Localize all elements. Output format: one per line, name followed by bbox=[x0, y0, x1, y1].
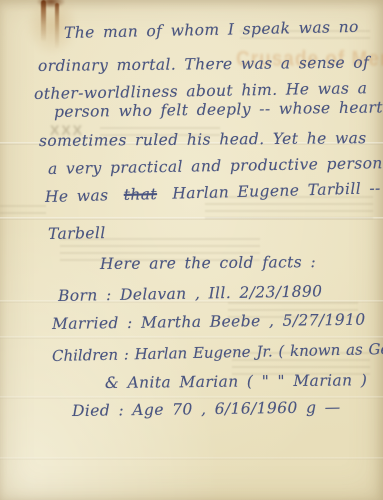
handwritten-line-died: Died : Age 70 , 6/16/1960 g — bbox=[72, 398, 341, 420]
handwritten-line-born: Born : Delavan , Ill. 2/23/1890 bbox=[58, 282, 323, 305]
handwritten-line-1: The man of whom I speak was no bbox=[64, 18, 359, 42]
rust-drip bbox=[41, 0, 46, 42]
handwritten-line-children: Children : Harlan Eugene Jr. ( known as … bbox=[52, 339, 383, 365]
line-name-pre: He was bbox=[45, 186, 109, 206]
crossed-out-word: that bbox=[124, 185, 158, 204]
handwritten-line-married: Married : Martha Beebe , 5/27/1910 bbox=[52, 311, 366, 333]
paper-crease bbox=[0, 457, 383, 460]
rust-drip bbox=[55, 3, 59, 49]
handwritten-line-facts-intro: Here are the cold facts : bbox=[100, 253, 316, 273]
handwritten-line-4: person who felt deeply -- whose heart bbox=[54, 98, 383, 121]
handwritten-line-6: a very practical and productive person bbox=[48, 154, 383, 178]
paper-crease bbox=[0, 217, 383, 220]
handwritten-line-surname: Tarbell bbox=[48, 224, 106, 243]
rust-stain bbox=[37, 0, 65, 8]
paper-crease bbox=[0, 336, 383, 339]
handwritten-line-children-2: & Anita Marian ( " " Marian ) bbox=[105, 371, 367, 392]
line-name-post: Harlan Eugene Tarbill -- Par bbox=[172, 178, 383, 202]
letter-page: Crusade of Mercy XXX The man of whom I s… bbox=[0, 0, 383, 500]
handwritten-line-5: sometimes ruled his head. Yet he was bbox=[39, 129, 367, 150]
typed-showthrough bbox=[0, 205, 46, 219]
handwritten-line-name: He was that Harlan Eugene Tarbill -- Par bbox=[45, 178, 383, 206]
handwritten-line-2: ordinary mortal. There was a sense of bbox=[38, 54, 369, 75]
